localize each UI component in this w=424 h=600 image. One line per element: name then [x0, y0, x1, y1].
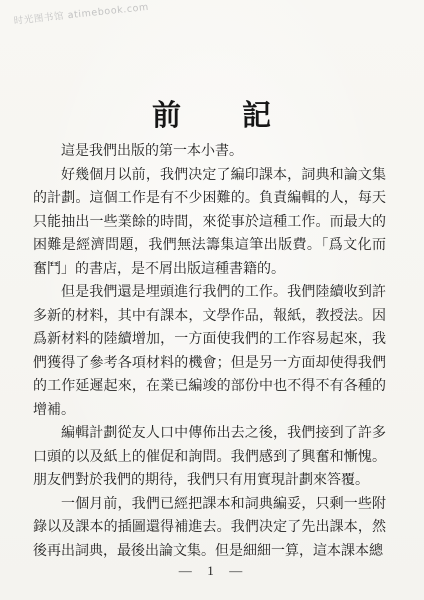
paragraph-3: 但是我們還是埋頭進行我們的工作。我們陸續收到許多新的材料，其中有課本，文學作品，… — [33, 281, 386, 422]
library-watermark: 时光图书馆 atimebook.com — [13, 0, 149, 27]
scanned-book-page: 时光图书馆 atimebook.com 前 記 這是我們出版的第一本小書。 好幾… — [0, 0, 424, 600]
page-number: — 1 — — [0, 563, 424, 579]
paragraph-4: 編輯計劃從友人口中傳佈出去之後，我們接到了許多口頭的以及紙上的催促和詢問。我們感… — [33, 422, 386, 493]
paragraph-5: 一個月前，我們已經把課本和詞典編妥，只剩一些附錄以及課本的插圖還得補進去。我們决… — [33, 493, 386, 564]
paragraph-2: 好幾個月以前，我們决定了編印課本，詞典和論文集的計劃。這個工作是有不少困難的。負… — [33, 164, 386, 282]
body-text: 這是我們出版的第一本小書。 好幾個月以前，我們决定了編印課本，詞典和論文集的計劃… — [33, 140, 386, 563]
page-title: 前 記 — [0, 93, 424, 134]
paragraph-1: 這是我們出版的第一本小書。 — [33, 140, 386, 164]
